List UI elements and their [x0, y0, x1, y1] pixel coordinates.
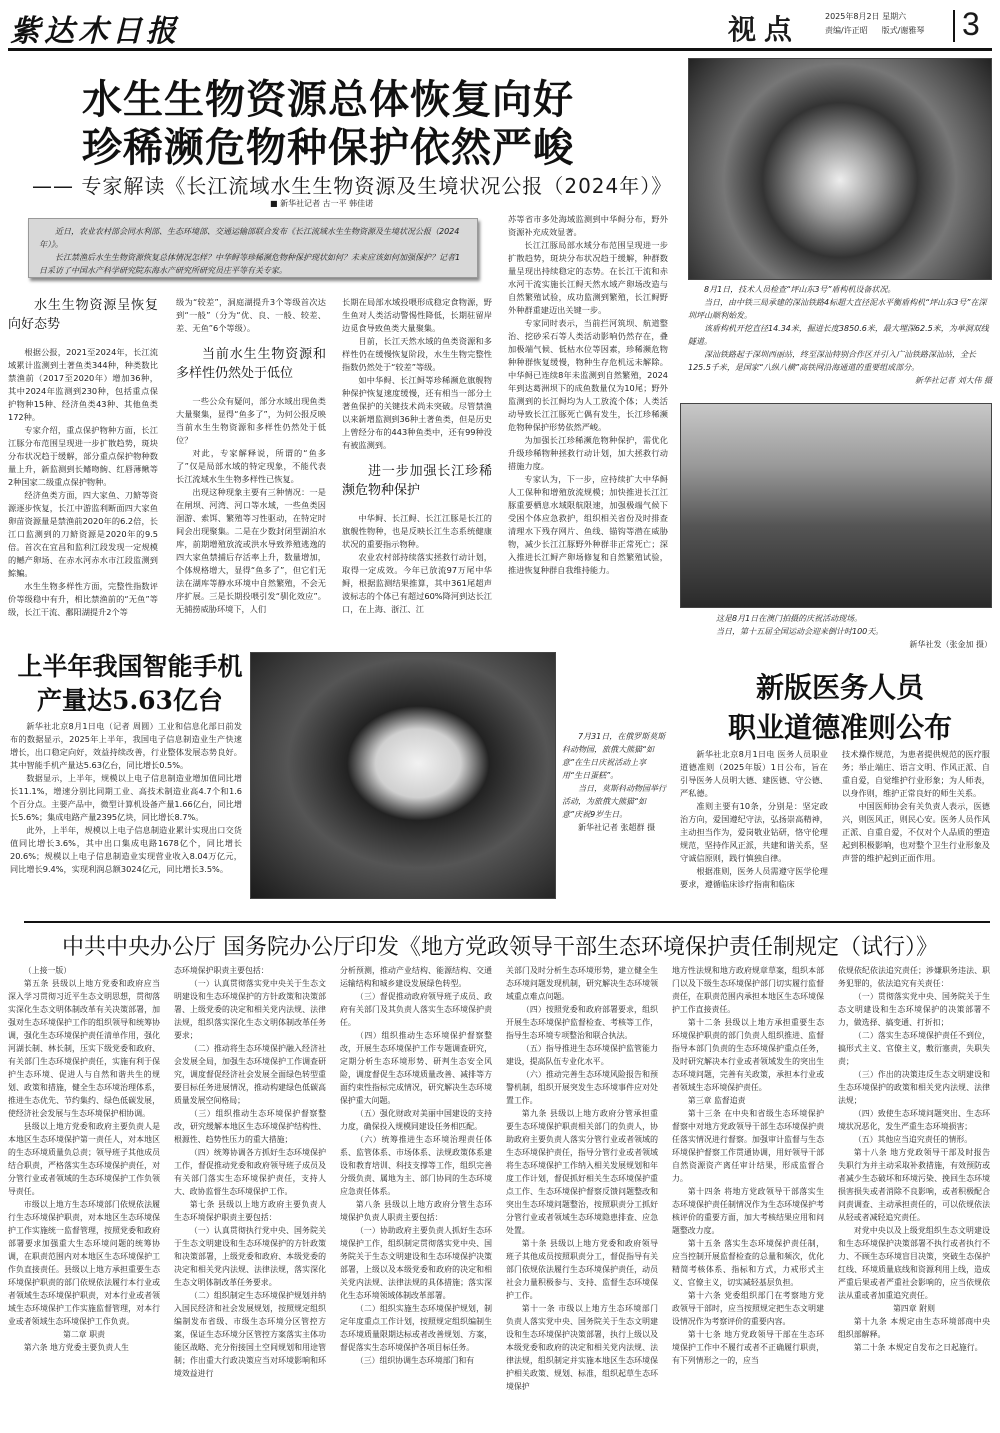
- section-divider: [24, 921, 990, 923]
- phone-headline-line2: 产量达5.63亿台: [14, 684, 246, 718]
- regulation-column-4: 关部门及时分析生态环境形势，建立健全生态环境问题发现机制，研究解决生态环境领域重…: [506, 964, 658, 1393]
- paragraph: （二）落实生态环境保护责任不到位，搞形式主义、官僚主义，敷衍塞责，失职失责；: [838, 1029, 990, 1068]
- paragraph: 技术操作规范，为患者提供规范的医疗服务；举止端庄、语言文明、作风正派、自重自爱，…: [842, 748, 990, 800]
- medical-column-1: 新华社北京8月1日电 医务人员职业道德准则（2025年版）1日公布，旨在引导医务…: [680, 748, 828, 891]
- paragraph: （二）推动将生态环境保护融入经济社会发展全局，加强生态环境保护工作调查研究，调度…: [174, 1042, 326, 1107]
- caption-line: 当日，第十五届全国运动会迎来倒计时100天。: [700, 625, 992, 638]
- paragraph: 如中华鲟、长江鲟等珍稀濒危旗舰物种保护恢复速度缓慢，还有相当一部分土著鱼保护的关…: [342, 374, 492, 452]
- paragraph: 第十三条 在中央和省级生态环境保护督察中对地方党政领导干部生态环境保护责任落实情…: [672, 1107, 824, 1185]
- paragraph: 根据公报，2021至2024年，长江流域累计监测到土著鱼类344种，种类数比禁渔…: [8, 346, 158, 424]
- section-subhead: 水生生物资源呈恢复向好态势: [8, 296, 158, 334]
- page-number-divider: [953, 10, 955, 42]
- paragraph: 长江江豚局部水域分布范围呈现进一步扩散趋势，斑块分布状况趋于缓解，种群数量呈现出…: [508, 239, 668, 317]
- caption-line: 当日，莫斯科动物园举行活动，为旅俄大熊猫“如意”庆祝9岁生日。: [562, 782, 666, 821]
- paragraph: 第十二条 县级以上地方承担重要生态环境保护职责的部门负责人组织推进、监督指导本部…: [672, 1016, 824, 1094]
- paragraph: 中国医师协会有关负责人表示，医德兴，则医风正，则民心安。医务人员作风正派、自重自…: [842, 800, 990, 865]
- giant-panda-photo: [250, 652, 556, 899]
- paragraph: 依规依纪依法追究责任；涉嫌职务违法、职务犯罪的，依法追究有关责任：: [838, 964, 990, 990]
- paragraph: 第八条 县级以上地方政府分管生态环境保护负责人职责主要包括：: [340, 1198, 492, 1224]
- paragraph: （四）组织推动生态环境保护督察整改，开展生态环境保护工作专题调查研究，定期分析生…: [340, 1029, 492, 1107]
- paragraph: 对党中央以及上级党组织生态文明建设和生态环境保护决策部署不执行或者执行不力、不顾…: [838, 1224, 990, 1302]
- regulation-column-3: 分析预测，推动产业结构、能源结构、交通运输结构和城乡建设发展绿色转型。 （三）督…: [340, 964, 492, 1367]
- paragraph: 为加强长江珍稀濒危物种保护，需优化升级珍稀物种拯救行动计划，加大拯救行动措施力度…: [508, 434, 668, 473]
- medical-column-2: 技术操作规范，为患者提供规范的医疗服务；举止端庄、语言文明、作风正派、自重自爱，…: [842, 748, 990, 865]
- paragraph: （一）贯彻落实党中央、国务院关于生态文明建设和生态环境保护的决策部署不力，做选择…: [838, 990, 990, 1029]
- lead-box: 近日，农业农村部会同水利部、生态环境部、交通运输部联合发布《长江流域水生生物资源…: [28, 218, 478, 278]
- paragraph: 一些公众有疑问，部分水域出现鱼类大量聚集，显得“鱼多了”，为何公报反映当前水生生…: [176, 395, 326, 447]
- paragraph: 分析预测，推动产业结构、能源结构、交通运输结构和城乡建设发展绿色转型。: [340, 964, 492, 990]
- main-subhead: —— 专家解读《长江流域水生生物资源及生境状况公报（2024年）》: [32, 170, 672, 199]
- paragraph: 第七条 县级以上地方政府主要负责人生态环境保护职责主要包括：: [174, 1198, 326, 1224]
- paragraph: 此外，上半年，规模以上电子信息制造业累计实现出口交货值同比增长3.6%，其中出口…: [10, 824, 242, 876]
- paragraph: 第五条 县级以上地方党委和政府应当深入学习贯彻习近平生态文明思想，贯彻落实深化生…: [8, 977, 160, 1120]
- medical-headline-line2: 职业道德准则公布: [690, 708, 990, 748]
- section-subhead: 当前水生生物资源和多样性仍然处于低位: [176, 345, 326, 383]
- paragraph: 第十九条 本规定由生态环境部商中央组织部解释。: [838, 1315, 990, 1341]
- caption-line: 这是8月1日在澳门拍摄的庆祝活动现场。: [700, 612, 992, 625]
- main-headline-line1: 水生生物资源总体恢复向好: [82, 76, 574, 124]
- paragraph: 第十条 县级以上地方党委和政府领导班子其他成员按照职责分工，督促指导有关部门依规…: [506, 1237, 658, 1302]
- paragraph: 新华社北京8月1日电（记者 周圆）工业和信息化部日前发布的数据显示，2025年上…: [10, 720, 242, 772]
- lead-paragraph: 近日，农业农村部会同水利部、生态环境部、交通运输部联合发布《长江流域水生生物资源…: [39, 225, 467, 251]
- caption-line: 该盾构机开挖直径14.34米，掘进长度3850.6米，最大埋深62.5米，为单洞…: [688, 322, 992, 348]
- photo-credit: 新华社发（张金加 摄）: [700, 638, 992, 651]
- paragraph: （三）作出的决策违反生态文明建设和生态环境保护的政策和相关党内法规、法律法规；: [838, 1068, 990, 1107]
- caption-line: 当日，由中铁三局承建的深汕铁路4标超大直径泥水平衡盾构机“坪山东3号”在深圳坪山…: [688, 296, 992, 322]
- page-number: 3: [962, 6, 980, 43]
- lead-paragraph: 长江禁渔后水生生物资源恢复总体情况怎样？中华鲟等珍稀濒危物种保护现状如何？未来应…: [39, 251, 467, 277]
- main-headline-line2: 珍稀濒危物种保护依然严峻: [82, 124, 574, 172]
- paragraph: 市级以上地方生态环境部门依规依法履行生态环境保护职责，对本地区生态环境保护工作实…: [8, 1198, 160, 1328]
- main-column-3: 长期在局部水域投喂形成稳定食物源，野生鱼对人类活动警惕性降低，长期驻留岸边觅食导…: [342, 296, 492, 616]
- paragraph: 第十五条 落实生态环境保护责任制，应当控制开展监督检查的总量和频次，优化精简考核…: [672, 1237, 824, 1289]
- macau-photo-caption: 这是8月1日在澳门拍摄的庆祝活动现场。 当日，第十五届全国运动会迎来倒计时100…: [700, 612, 992, 651]
- paragraph: 第九条 县级以上地方政府分管承担重要生态环境保护职责相关部门的负责人，协助政府主…: [506, 1107, 658, 1237]
- phone-story-body: 新华社北京8月1日电（记者 周圆）工业和信息化部日前发布的数据显示，2025年上…: [10, 720, 242, 876]
- paragraph: 目前，长江天然水域的鱼类资源和多样性仍在缓慢恢复阶段，水生生物完整性指数仍然处于…: [342, 335, 492, 374]
- paragraph: （上接一版）: [8, 964, 160, 977]
- paragraph: 农业农村部持续落实拯救行动计划，取得一定成效。今年已放流97万尾中华鲟，根据监测…: [342, 551, 492, 616]
- main-headline: 水生生物资源总体恢复向好 珍稀濒危物种保护依然严峻: [82, 76, 574, 172]
- paragraph: 态环境保护职责主要包括：: [174, 964, 326, 977]
- paragraph: 关部门及时分析生态环境形势，建立健全生态环境问题发现机制，研究解决生态环境领域重…: [506, 964, 658, 1003]
- section-subhead: 进一步加强长江珍稀濒危物种保护: [342, 462, 492, 500]
- paragraph: 第十一条 市级以上地方生态环境部门负责人落实党中央、国务院关于生态文明建设和生态…: [506, 1302, 658, 1393]
- main-column-4: 苏等省市多处海域监测到中华鲟分布，野外资源补充成效显著。 长江江豚局部水域分布范…: [508, 213, 668, 577]
- paragraph: 苏等省市多处海域监测到中华鲟分布，野外资源补充成效显著。: [508, 213, 668, 239]
- paragraph: 专家介绍，重点保护物种方面，长江江豚分布范围呈现进一步扩散趋势，斑块分布状况趋于…: [8, 424, 158, 489]
- paragraph: （二）组织实施生态环境保护规划，制定年度重点工作计划，按照规定组织编制生态环境质…: [340, 1302, 492, 1354]
- paragraph: 数据显示，上半年，规模以上电子信息制造业增加值同比增长11.1%，增速分别比同期…: [10, 772, 242, 824]
- page-meta: 2025年8月2日 星期六 责编/许正昭版式/谢雅琴: [825, 10, 938, 38]
- medical-headline-line1: 新版医务人员: [690, 668, 990, 708]
- tunnel-boring-machine-photo: [688, 58, 992, 280]
- paragraph: （四）按照党委和政府部署要求，组织开展生态环境保护监督检查、考核等工作，指导生态…: [506, 1003, 658, 1042]
- paragraph: （五）其他应当追究责任的情形。: [838, 1133, 990, 1146]
- phone-headline-line1: 上半年我国智能手机: [14, 650, 246, 684]
- paragraph: （三）组织推动生态环境保护督察整改，研究缓解本地区生态环境保护结构性、根源性、趋…: [174, 1107, 326, 1146]
- paragraph: 第十六条 党委组织部门在考察地方党政领导干部时，应当按照规定把生态文明建设情况作…: [672, 1289, 824, 1328]
- paragraph: 新华社北京8月1日电 医务人员职业道德准则（2025年版）1日公布，旨在引导医务…: [680, 748, 828, 800]
- paragraph: 第六条 地方党委主要负责人生: [8, 1341, 160, 1354]
- paragraph: （四）统筹协调各方抓好生态环境保护工作，督促推动党委和政府领导班子成员及有关部门…: [174, 1146, 326, 1198]
- newspaper-logo: 紫达木日报: [10, 6, 180, 50]
- paragraph: （二）组织制定生态环境保护规划并纳入国民经济和社会发展规划，按照规定组织编制发布…: [174, 1289, 326, 1380]
- chapter-heading: 第三章 监督追责: [672, 1094, 824, 1107]
- paragraph: 中华鲟、长江鲟、长江江豚是长江的旗舰性物种，也是反映长江生态系统健康状况的重要指…: [342, 512, 492, 551]
- issue-date: 2025年8月2日 星期六: [825, 10, 938, 24]
- paragraph: 级为“较差”，洞庭湖提升3个等级首次达到“一般”（分为“优、良、一般、较差、差、…: [176, 296, 326, 335]
- caption-line: 8月1日，技术人员检查“坪山东3号”盾构机设备状况。: [688, 283, 992, 296]
- panda-photo-caption: 7月31日，在俄罗斯莫斯科动物园，旅俄大熊猫“如意”在生日庆祝活动上享用“生日蛋…: [562, 730, 666, 834]
- paragraph: 准则主要有10条，分别是：坚定政治方向，爱国遵纪守法，弘扬崇高精神，主动担当作为…: [680, 800, 828, 865]
- paragraph: （五）强化财政对美丽中国建设的支持力度，确保投入规模同建设任务相匹配。: [340, 1107, 492, 1133]
- photo-credit: 新华社记者 张超群 摄: [562, 821, 666, 834]
- paragraph: 出现这种现象主要有三种情况：一是在闸坝、河湾、河口等水域，一些鱼类因洄游、索饵、…: [176, 486, 326, 616]
- paragraph: 第十八条 地方党政领导干部及时报告失职行为并主动采取补救措施，有效预防或者减少生…: [838, 1146, 990, 1224]
- main-column-1: 水生生物资源呈恢复向好态势 根据公报，2021至2024年，长江流域累计监测到土…: [8, 296, 158, 619]
- paragraph: （六）推动完善生态环境风险报告和预警机制，组织开展突发生态环境事件应对处置工作。: [506, 1068, 658, 1107]
- paragraph: 水生生物多样性方面，完整性指数评价等级稳中有升，相比禁渔前的“无鱼”等级，长江干…: [8, 580, 158, 619]
- paragraph: （四）致使生态环境问题突出、生态环境状况恶化，发生严重生态环境损害；: [838, 1107, 990, 1133]
- paragraph: （五）指导推进生态环境保护监管能力建设，提高队伍专业化水平。: [506, 1042, 658, 1068]
- paragraph: 专家认为，下一步，应持续扩大中华鲟人工保种和增殖放流规模；加快推进长江江豚重要栖…: [508, 473, 668, 577]
- caption-line: 深汕铁路起于深圳西丽站，终至深汕特别合作区并引入广汕铁路深汕站，全长125.5千…: [688, 348, 992, 374]
- paragraph: 第二十条 本规定自发布之日起施行。: [838, 1341, 990, 1354]
- paragraph: 第十七条 地方党政领导干部在生态环境保护工作中不履行或者不正确履行职责，有下列情…: [672, 1328, 824, 1367]
- main-column-2: 级为“较差”，洞庭湖提升3个等级首次达到“一般”（分为“优、良、一般、较差、差、…: [176, 296, 326, 616]
- regulation-column-5: 地方性法规和地方政府规章草案，组织本部门以及下级生态环境保护部门切实履行监督责任…: [672, 964, 824, 1367]
- chapter-heading: 第二章 职责: [8, 1328, 160, 1341]
- regulation-headline: 中共中央办公厅 国务院办公厅印发《地方党政领导干部生态环境保护责任制规定（试行）…: [0, 930, 1000, 961]
- section-title: 视点: [728, 8, 800, 48]
- paragraph: （三）组织协调生态环境部门和有: [340, 1354, 492, 1367]
- paragraph: （一）认真贯彻落实党中央关于生态文明建设和生态环境保护的方针政策和决策部署、上级…: [174, 977, 326, 1042]
- paragraph: 长期在局部水域投喂形成稳定食物源，野生鱼对人类活动警惕性降低，长期驻留岸边觅食导…: [342, 296, 492, 335]
- tunnel-photo-caption: 8月1日，技术人员检查“坪山东3号”盾构机设备状况。 当日，由中铁三局承建的深汕…: [688, 283, 992, 387]
- regulation-column-1: （上接一版） 第五条 县级以上地方党委和政府应当深入学习贯彻习近平生态文明思想，…: [8, 964, 160, 1354]
- macau-celebration-photo: [680, 403, 992, 608]
- regulation-column-2: 态环境保护职责主要包括： （一）认真贯彻落实党中央关于生态文明建设和生态环境保护…: [174, 964, 326, 1380]
- paragraph: 根据准则，医务人员需遵守医学伦理要求，遵循临床诊疗指南和临床: [680, 865, 828, 891]
- paragraph: 经济鱼类方面，四大家鱼、刀鲚等资源逐步恢复，长江中游监利断面四大家鱼卵苗资源量是…: [8, 489, 158, 580]
- regulation-column-6: 依规依纪依法追究责任；涉嫌职务违法、职务犯罪的，依法追究有关责任： （一）贯彻落…: [838, 964, 990, 1354]
- layout-credit: 版式/谢雅琴: [882, 26, 925, 35]
- caption-line: 7月31日，在俄罗斯莫斯科动物园，旅俄大熊猫“如意”在生日庆祝活动上享用“生日蛋…: [562, 730, 666, 782]
- masthead-rule: [8, 48, 992, 51]
- paragraph: 县级以上地方党委和政府主要负责人是本地区生态环境保护第一责任人，对本地区的生态环…: [8, 1120, 160, 1198]
- chapter-heading: 第四章 附则: [838, 1302, 990, 1315]
- paragraph: 第十四条 将地方党政领导干部落实生态环境保护责任制情况作为生态环境保护考核评价的…: [672, 1185, 824, 1237]
- paragraph: （一）协助政府主要负责人抓好生态环境保护工作，组织制定贯彻落实党中央、国务院关于…: [340, 1224, 492, 1302]
- medical-headline: 新版医务人员 职业道德准则公布: [690, 668, 990, 748]
- photo-credit: 新华社记者 刘大伟 摄: [688, 374, 992, 387]
- main-byline: ■ 新华社记者 古一平 韩佳诺: [270, 198, 373, 209]
- paragraph: （一）认真贯彻执行党中央、国务院关于生态文明建设和生态环境保护的方针政策和决策部…: [174, 1224, 326, 1289]
- paragraph: 专家同时表示，当前拦河筑坝、航道整治、挖砂采石等人类活动影响仍然存在，叠加极端气…: [508, 317, 668, 434]
- paragraph: （三）督促推动政府领导班子成员、政府有关部门及其负责人落实生态环境保护责任。: [340, 990, 492, 1029]
- paragraph: 地方性法规和地方政府规章草案，组织本部门以及下级生态环境保护部门切实履行监督责任…: [672, 964, 824, 1016]
- phone-headline: 上半年我国智能手机 产量达5.63亿台: [14, 650, 246, 718]
- editor-credit: 责编/许正昭: [825, 26, 868, 35]
- paragraph: （六）统筹推进生态环境治理责任体系、监管体系、市场体系、法规政策体系建设和教育培…: [340, 1133, 492, 1198]
- paragraph: 对此，专家解释说，所谓的“鱼多了”仅是局部水域的特定现象，不能代表长江流域水生生…: [176, 447, 326, 486]
